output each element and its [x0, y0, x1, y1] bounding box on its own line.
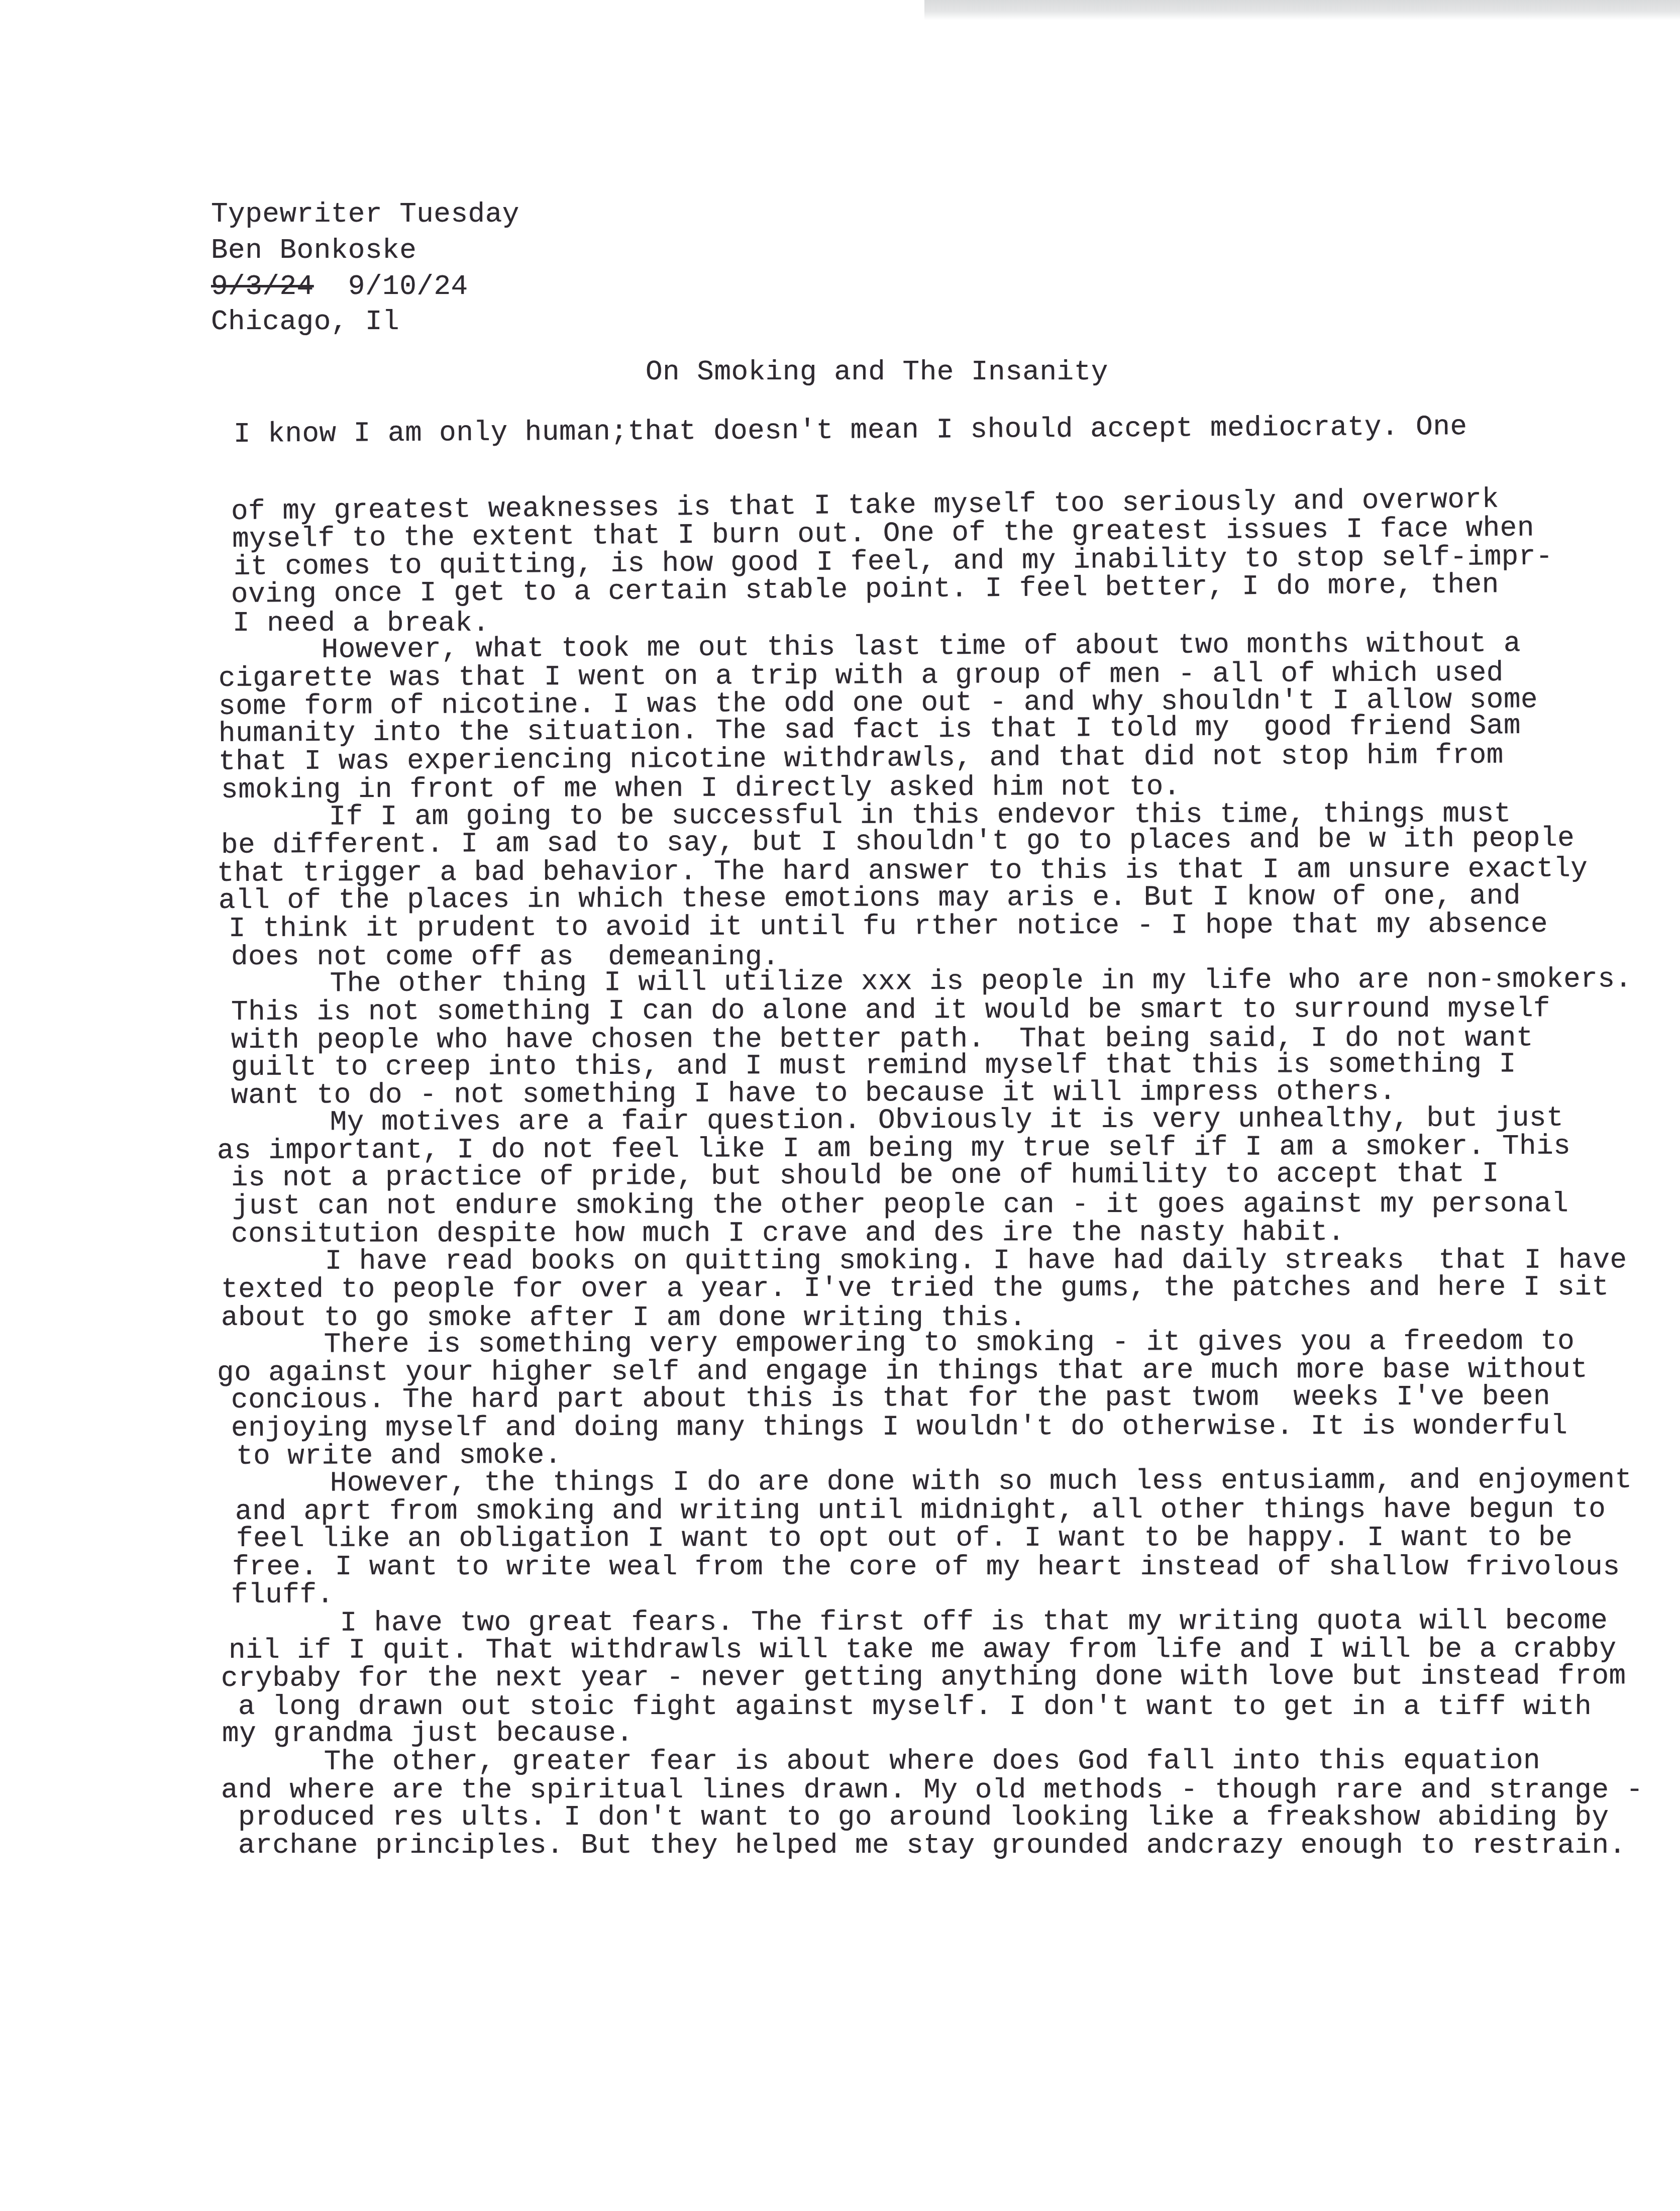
text-line: that I was experiencing nicotine withdra… — [219, 741, 1504, 776]
text-line: my grandma just because. — [222, 1719, 634, 1748]
text-line: consitution despite how much I crave and… — [231, 1218, 1345, 1248]
text-line: archane principles. But they helped me s… — [221, 1831, 1626, 1859]
text-line: I have two great fears. The first off is… — [237, 1606, 1608, 1637]
text-line: concious. The hard part about this is th… — [231, 1382, 1550, 1414]
text-line: is not a practice of pride, but should b… — [231, 1159, 1499, 1192]
date-struck: 9/3/24 — [211, 270, 314, 303]
text-line: I know I am only human;that doesn't mean… — [234, 413, 1467, 448]
typewritten-page: Typewriter Tuesday Ben Bonkoske 9/3/24 9… — [0, 0, 1680, 2211]
document-title: On Smoking and The Insanity — [646, 358, 1108, 386]
text-line: fluff. — [231, 1580, 334, 1609]
header-author: Ben Bonkoske — [211, 236, 416, 264]
text-line: free. I want to write weal from the core… — [232, 1553, 1620, 1581]
text-line: just can not endure smoking the other pe… — [232, 1189, 1568, 1220]
header-date: 9/3/24 9/10/24 — [211, 272, 468, 300]
text-line: However, the things I do are done with s… — [227, 1466, 1632, 1497]
text-line: crybaby for the next year - never gettin… — [221, 1662, 1626, 1692]
text-line: This is not something I can do alone and… — [231, 994, 1550, 1026]
text-line: a long drawn out stoic fight against mys… — [221, 1692, 1592, 1721]
date-corrected: 9/10/24 — [348, 270, 468, 303]
header-series: Typewriter Tuesday — [211, 200, 519, 228]
text-line: texted to people for over a year. I've t… — [221, 1273, 1609, 1303]
text-line: feel like an obligation I want to opt ou… — [236, 1524, 1572, 1553]
text-line: and aprt from smoking and writing until … — [235, 1495, 1606, 1526]
text-line: to write and smoke. — [236, 1441, 562, 1470]
header-location: Chicago, Il — [211, 308, 399, 336]
text-line: enjoying myself and doing many things I … — [231, 1412, 1567, 1442]
text-line: and where are the spiritual lines drawn.… — [221, 1776, 1643, 1804]
text-line: produced res ults. I don't want to go ar… — [221, 1803, 1609, 1831]
text-line: I think it prudent to avoid it until fu … — [229, 910, 1548, 943]
text-line: The other, greater fear is about where d… — [221, 1747, 1540, 1776]
